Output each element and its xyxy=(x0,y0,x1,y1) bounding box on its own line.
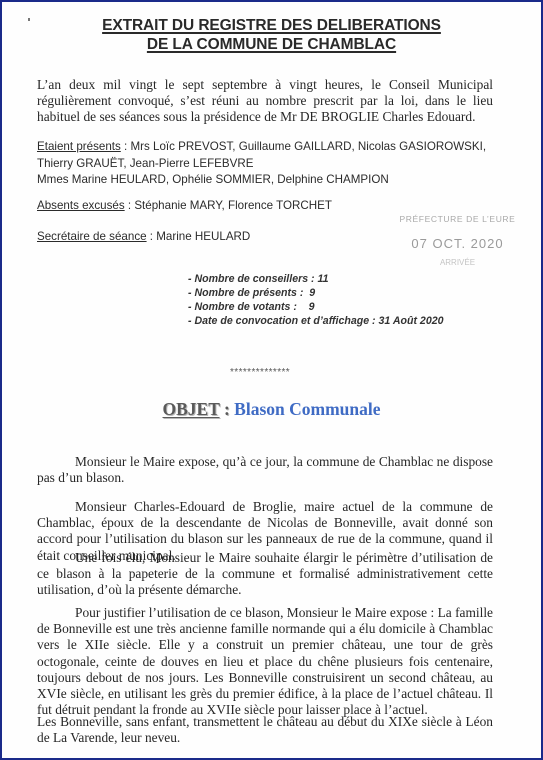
title-line-1: EXTRAIT DU REGISTRE DES DELIBERATIONS xyxy=(102,17,441,34)
attendance-present: Etaient présents : Mrs Loïc PREVOST, Gui… xyxy=(37,139,493,189)
body-paragraph-1: Monsieur le Maire expose, qu’à ce jour, … xyxy=(37,454,493,486)
attendance-absent: Absents excusés : Stéphanie MARY, Floren… xyxy=(37,198,493,215)
objet-colon: : xyxy=(220,399,235,419)
body-paragraph-3: Une fois élu, Monsieur le Maire souhaite… xyxy=(37,550,493,599)
document-title: EXTRAIT DU REGISTRE DES DELIBERATIONS DE… xyxy=(2,16,541,54)
document-page: EXTRAIT DU REGISTRE DES DELIBERATIONS DE… xyxy=(0,0,543,760)
body-paragraph-4: Pour justifier l’utilisation de ce blaso… xyxy=(37,605,493,718)
present-label: Etaient présents xyxy=(37,140,121,153)
objet-label: OBJET xyxy=(163,399,220,419)
secretary-label: Secrétaire de séance xyxy=(37,230,147,243)
title-line-2: DE LA COMMUNE DE CHAMBLAC xyxy=(147,36,396,53)
stamp-line-3: ARRIVÉE xyxy=(390,258,525,267)
count-presents: - Nombre de présents : 9 xyxy=(188,286,444,300)
absent-names: : Stéphanie MARY, Florence TORCHET xyxy=(125,199,332,212)
separator: ************** xyxy=(230,367,290,378)
count-conseillers: - Nombre de conseillers : 11 xyxy=(188,272,444,286)
stamp-line-1: PRÉFECTURE DE L’EURE xyxy=(390,214,525,224)
count-votants: - Nombre de votants : 9 xyxy=(188,300,444,314)
intro-paragraph: L’an deux mil vingt le sept septembre à … xyxy=(37,77,493,126)
body-paragraph-5: Les Bonneville, sans enfant, transmetten… xyxy=(37,714,493,746)
objet-value: Blason Communale xyxy=(234,399,380,419)
present-women: Mmes Marine HEULARD, Ophélie SOMMIER, De… xyxy=(37,173,389,186)
secretary-name: : Marine HEULARD xyxy=(147,230,251,243)
absent-label: Absents excusés xyxy=(37,199,125,212)
convocation-date: - Date de convocation et d’affichage : 3… xyxy=(188,314,444,328)
stamp-date: 07 OCT. 2020 xyxy=(390,236,525,251)
prefecture-stamp: PRÉFECTURE DE L’EURE 07 OCT. 2020 ARRIVÉ… xyxy=(390,214,525,267)
objet-heading: OBJET : Blason Communale xyxy=(2,399,541,420)
meeting-counts: - Nombre de conseillers : 11 - Nombre de… xyxy=(188,272,444,328)
